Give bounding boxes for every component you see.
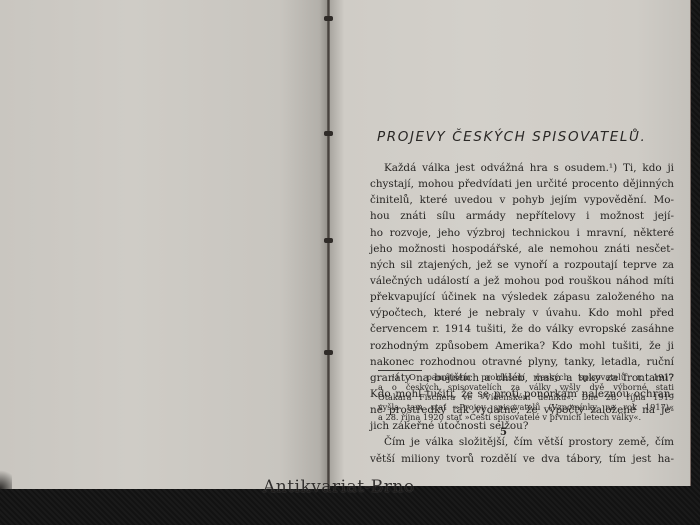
footnote-line: a o českých spisovatelích za války vyšly… bbox=[378, 382, 674, 392]
chapter-heading: PROJEVY ČESKÝCH SPISOVATELŮ. bbox=[377, 129, 677, 145]
watermark: Antikvariat-Brno bbox=[263, 477, 415, 497]
text-line: válečných událostí a jež mohou pod roušk… bbox=[370, 273, 674, 289]
text-line: výpočtech, které je nebraly v úvahu. Kdo… bbox=[370, 305, 674, 321]
text-line: překvapující účinek na výsledek zápasu z… bbox=[370, 289, 674, 305]
binding-stitch bbox=[324, 131, 333, 136]
binding-stitch bbox=[324, 238, 333, 243]
text-line: ných sil ztajených, jež se vynoří a rozp… bbox=[370, 257, 674, 273]
text-line: rozhodným způsobem Amerika? Kdo mohl tuš… bbox=[370, 338, 674, 354]
text-line: nakonec rozhodnou otravné plyny, tanky, … bbox=[370, 354, 674, 370]
text-line: větší miliony tvorů rozdělí ve dva tábor… bbox=[370, 451, 674, 467]
binding-stitch bbox=[324, 350, 333, 355]
text-line: hou znáti sílu armády nepřítelovy i možn… bbox=[370, 208, 674, 224]
page-number: 5 bbox=[500, 427, 507, 438]
footnotes: ¹) O památném prohlášení českých spisova… bbox=[378, 372, 674, 422]
footnote-divider bbox=[378, 370, 422, 371]
text-line: jeho možnosti hospodářské, ale nemohou z… bbox=[370, 241, 674, 257]
book-gutter bbox=[327, 0, 330, 489]
text-line: ho rozvoje, jeho výzbroj technickou i mr… bbox=[370, 225, 674, 241]
text-line: Každá válka jest odvážná hra s osudem.¹)… bbox=[370, 160, 674, 176]
text-line: červencem r. 1914 tušiti, že do války ev… bbox=[370, 321, 674, 337]
page-corner-shadow bbox=[0, 465, 12, 489]
text-line: činitelů, které uvedou v pohyb jejím vyp… bbox=[370, 192, 674, 208]
footnote-line: Otakara Fischera ve »Vídeňském deníku«. … bbox=[378, 392, 674, 402]
binding-stitch bbox=[324, 16, 333, 21]
footnote-line: ¹) O památném prohlášení českých spisova… bbox=[378, 372, 674, 382]
footnote-line: a 28. října 1920 stať »Čeští spisovatelé… bbox=[378, 412, 674, 422]
left-page-blank bbox=[0, 0, 329, 489]
text-line: Čím je válka složitější, čím větší prost… bbox=[370, 434, 674, 450]
text-line: chystají, mohou předvídati jen určité pr… bbox=[370, 176, 674, 192]
footnote-line: vyšla tam stať »Projev spisovatelů (Vzpo… bbox=[378, 402, 674, 412]
